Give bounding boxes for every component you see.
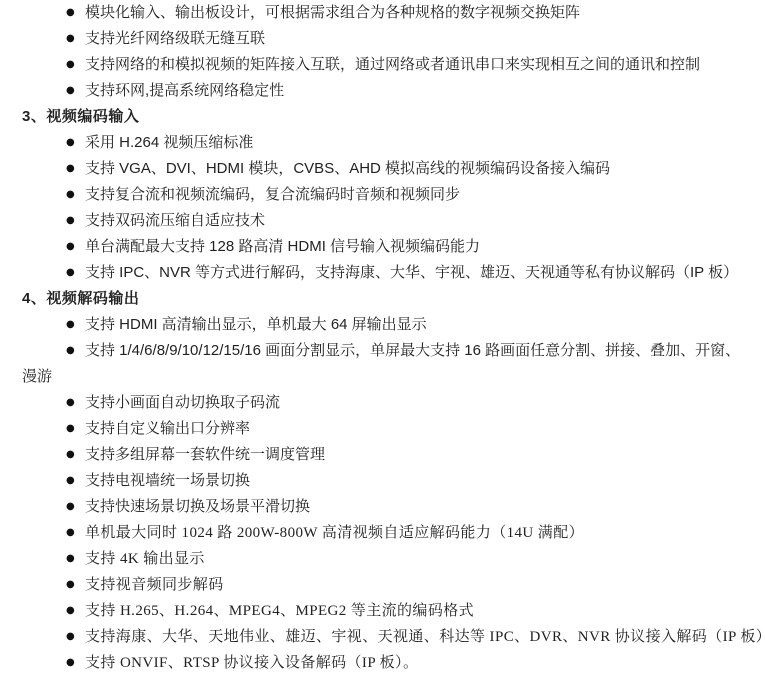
list-item: ●模块化输入、输出板设计，可根据需求组合为各种规格的数字视频交换矩阵 xyxy=(0,0,765,26)
list-item-text: 支持双码流压缩自适应技术 xyxy=(85,208,265,234)
list-item-text: 支持 1/4/6/8/9/10/12/15/16 画面分割显示，单屏最大支持 1… xyxy=(85,338,740,364)
bullet-icon: ● xyxy=(66,156,75,182)
list-item-text: 支持 VGA、DVI、HDMI 模块，CVBS、AHD 模拟高线的视频编码设备接… xyxy=(85,156,610,182)
list-item-text: 支持复合流和视频流编码，复合流编码时音频和视频同步 xyxy=(85,182,460,208)
list-item-text: 模块化输入、输出板设计，可根据需求组合为各种规格的数字视频交换矩阵 xyxy=(85,0,580,26)
list-item: ●支持快速场景切换及场景平滑切换 xyxy=(0,494,765,520)
bullet-icon: ● xyxy=(66,338,75,364)
list-item: ●支持 1/4/6/8/9/10/12/15/16 画面分割显示，单屏最大支持 … xyxy=(0,338,765,364)
list-item-text: 支持自定义输出口分辨率 xyxy=(85,416,250,442)
bullet-icon: ● xyxy=(66,442,75,468)
bullet-icon: ● xyxy=(66,78,75,104)
bullet-icon: ● xyxy=(66,234,75,260)
section-heading: 4、视频解码输出 xyxy=(0,286,765,312)
list-item: ●采用 H.264 视频压缩标准 xyxy=(0,130,765,156)
list-item: ●支持环网,提高系统网络稳定性 xyxy=(0,78,765,104)
list-item: ●支持双码流压缩自适应技术 xyxy=(0,208,765,234)
bullet-icon: ● xyxy=(66,312,75,338)
list-item: ●支持电视墙统一场景切换 xyxy=(0,468,765,494)
bullet-icon: ● xyxy=(66,52,75,78)
bullet-icon: ● xyxy=(66,572,75,598)
list-item: ●支持网络的和模拟视频的矩阵接入互联，通过网络或者通讯串口来实现相互之间的通讯和… xyxy=(0,52,765,78)
document-body: ●模块化输入、输出板设计，可根据需求组合为各种规格的数字视频交换矩阵●支持光纤网… xyxy=(0,0,765,675)
list-item-text: 支持海康、大华、天地伟业、雄迈、宇视、天视通、科达等 IPC、DVR、NVR 协… xyxy=(85,624,765,650)
list-item-text: 支持 H.265、H.264、MPEG4、MPEG2 等主流的编码格式 xyxy=(85,598,474,624)
section-heading-text: 3、视频编码输入 xyxy=(22,104,139,130)
list-item-text: 支持多组屏幕一套软件统一调度管理 xyxy=(85,442,325,468)
list-item: ●支持视音频同步解码 xyxy=(0,572,765,598)
section-heading-text: 4、视频解码输出 xyxy=(22,286,139,312)
bullet-icon: ● xyxy=(66,650,75,675)
list-item-text: 单机最大同时 1024 路 200W-800W 高清视频自适应解码能力（14U … xyxy=(85,520,584,546)
list-item-text: 支持电视墙统一场景切换 xyxy=(85,468,250,494)
list-item: ●支持 4K 输出显示 xyxy=(0,546,765,572)
bullet-icon: ● xyxy=(66,0,75,26)
list-item: ●支持 ONVIF、RTSP 协议接入设备解码（IP 板）。 xyxy=(0,650,765,675)
list-item: ●支持 VGA、DVI、HDMI 模块，CVBS、AHD 模拟高线的视频编码设备… xyxy=(0,156,765,182)
list-item-text: 采用 H.264 视频压缩标准 xyxy=(85,130,253,156)
list-item-text: 支持小画面自动切换取子码流 xyxy=(85,390,280,416)
bullet-icon: ● xyxy=(66,598,75,624)
list-item-text: 漫游 xyxy=(22,364,52,390)
list-item-text: 支持 ONVIF、RTSP 协议接入设备解码（IP 板）。 xyxy=(85,650,418,675)
list-item: ●支持小画面自动切换取子码流 xyxy=(0,390,765,416)
list-item: ●支持光纤网络级联无缝互联 xyxy=(0,26,765,52)
list-item-text: 单台满配最大支持 128 路高清 HDMI 信号输入视频编码能力 xyxy=(85,234,480,260)
list-item-text: 支持 HDMI 高清输出显示，单机最大 64 屏输出显示 xyxy=(85,312,427,338)
bullet-icon: ● xyxy=(66,468,75,494)
list-item: ●支持自定义输出口分辨率 xyxy=(0,416,765,442)
bullet-icon: ● xyxy=(66,416,75,442)
list-item: ●支持海康、大华、天地伟业、雄迈、宇视、天视通、科达等 IPC、DVR、NVR … xyxy=(0,624,765,650)
bullet-icon: ● xyxy=(66,208,75,234)
list-item-text: 支持视音频同步解码 xyxy=(85,572,224,598)
document-page: ●模块化输入、输出板设计，可根据需求组合为各种规格的数字视频交换矩阵●支持光纤网… xyxy=(0,0,765,675)
list-item: ●支持复合流和视频流编码，复合流编码时音频和视频同步 xyxy=(0,182,765,208)
bullet-icon: ● xyxy=(66,624,75,650)
list-item-text: 支持 4K 输出显示 xyxy=(85,546,205,572)
list-item: ●单台满配最大支持 128 路高清 HDMI 信号输入视频编码能力 xyxy=(0,234,765,260)
bullet-icon: ● xyxy=(66,130,75,156)
list-item-text: 支持光纤网络级联无缝互联 xyxy=(85,26,265,52)
list-item-text: 支持网络的和模拟视频的矩阵接入互联，通过网络或者通讯串口来实现相互之间的通讯和控… xyxy=(85,52,700,78)
bullet-icon: ● xyxy=(66,520,75,546)
list-item: ●支持 IPC、NVR 等方式进行解码，支持海康、大华、宇视、雄迈、天视通等私有… xyxy=(0,260,765,286)
list-item: ●单机最大同时 1024 路 200W-800W 高清视频自适应解码能力（14U… xyxy=(0,520,765,546)
list-item: ●支持多组屏幕一套软件统一调度管理 xyxy=(0,442,765,468)
list-item: ●支持 HDMI 高清输出显示，单机最大 64 屏输出显示 xyxy=(0,312,765,338)
list-item-text: 支持环网,提高系统网络稳定性 xyxy=(85,78,284,104)
bullet-icon: ● xyxy=(66,390,75,416)
bullet-icon: ● xyxy=(66,494,75,520)
list-item-continuation: 漫游 xyxy=(0,364,765,390)
list-item-text: 支持 IPC、NVR 等方式进行解码，支持海康、大华、宇视、雄迈、天视通等私有协… xyxy=(85,260,738,286)
bullet-icon: ● xyxy=(66,260,75,286)
bullet-icon: ● xyxy=(66,26,75,52)
list-item: ●支持 H.265、H.264、MPEG4、MPEG2 等主流的编码格式 xyxy=(0,598,765,624)
section-heading: 3、视频编码输入 xyxy=(0,104,765,130)
bullet-icon: ● xyxy=(66,546,75,572)
bullet-icon: ● xyxy=(66,182,75,208)
list-item-text: 支持快速场景切换及场景平滑切换 xyxy=(85,494,310,520)
